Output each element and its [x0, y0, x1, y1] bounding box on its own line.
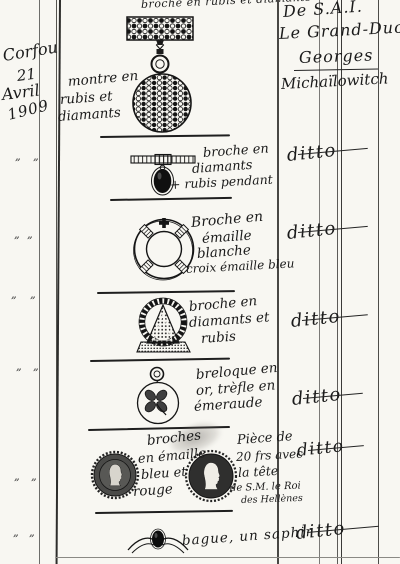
item-2-desc-line: + rubis pendant — [170, 174, 273, 192]
date-place: Corfou — [2, 39, 59, 63]
sapphire-ring-drawing — [126, 524, 190, 558]
margin-ditto-mark: „ — [15, 150, 21, 163]
item-4-desc-line: diamants et — [189, 311, 270, 330]
row-separator — [95, 510, 233, 514]
recipient-line-1: De S.A.I. — [282, 0, 363, 20]
margin-ditto-mark: „ — [29, 526, 35, 539]
recipient-line-3: Georges — [299, 47, 374, 66]
item-3-desc-line: Broche en — [190, 210, 263, 230]
item-6-note-line: des Hellènes — [241, 494, 303, 506]
margin-ditto-mark: „ — [16, 360, 22, 373]
margin-ditto-mark: „ — [13, 526, 19, 539]
row-separator — [110, 197, 232, 201]
item-5-desc-line: émeraude — [194, 396, 263, 414]
item-4-desc-line: rubis — [201, 331, 237, 347]
item-6-note-line: Pièce de — [237, 430, 294, 447]
margin-ditto-mark: „ — [33, 360, 39, 373]
column-rule-left-margin — [39, 0, 40, 564]
triangle-brooch-drawing — [132, 296, 196, 358]
item-6-note-line: la tête — [238, 465, 279, 480]
item-7-desc-line: bague, un saphir — [182, 526, 314, 549]
item-6-note-line: 20 frs avec — [236, 448, 304, 463]
recipient-line-2: Le Grand-Duc — [279, 19, 400, 42]
ledger-page: broche en rubis et diamants Corfou 21 Av… — [0, 0, 400, 564]
item-1-desc-line: diamants — [58, 107, 122, 125]
recipient-line-4: Michaïlowitch — [281, 71, 389, 92]
item-6-desc-line: bleu et — [141, 466, 187, 482]
margin-ditto-mark: „ — [11, 288, 17, 301]
margin-ditto-mark: „ — [31, 470, 37, 483]
margin-ditto-mark: „ — [30, 288, 36, 301]
item-6-note-line: de S.M. le Roi — [230, 482, 301, 494]
page-bottom-rule — [55, 557, 400, 558]
column-rule-main-right — [277, 0, 279, 564]
margin-ditto-mark: „ — [27, 228, 33, 241]
row-separator — [90, 358, 230, 362]
margin-ditto-mark: „ — [14, 228, 20, 241]
margin-ditto-mark: „ — [14, 470, 20, 483]
item-6-desc-line: rouge — [133, 483, 174, 499]
item-2-desc-line: broche en — [203, 142, 270, 160]
row-separator — [97, 290, 235, 294]
margin-ditto-mark: „ — [33, 150, 39, 163]
clover-charm-drawing — [134, 364, 188, 426]
